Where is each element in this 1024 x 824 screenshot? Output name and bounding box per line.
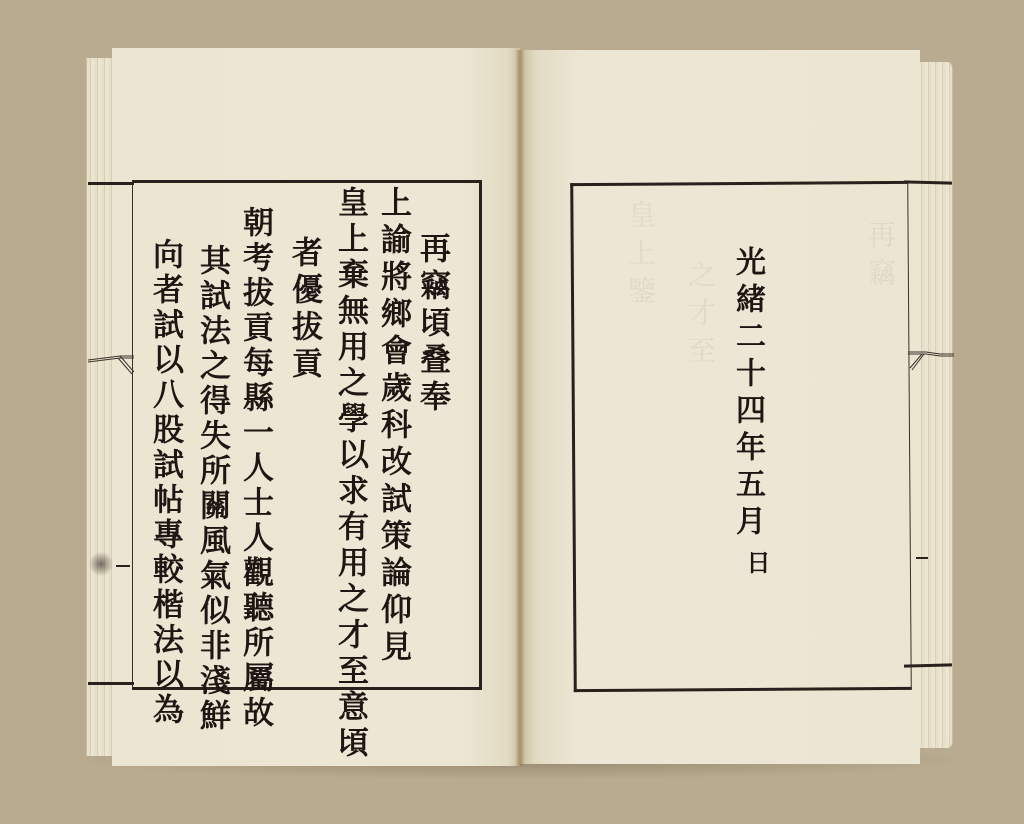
left-fold-mark-icon (86, 352, 136, 376)
date-column: 光緒二十四年五月 (728, 246, 766, 542)
left-fold-number-mark (116, 565, 130, 567)
right-page-stack-edge (918, 62, 953, 748)
text-column-7: 向者試以八股試帖專較楷法以為 (146, 238, 184, 728)
right-fold-number-mark (916, 557, 928, 559)
left-bottom-rule-extension (88, 682, 134, 685)
text-column-4: 者優拔貢 (285, 236, 323, 384)
text-column-2: 上諭將鄉會歲科改試策論仰見 (374, 186, 412, 667)
bleed-through-text: 再竊 (860, 220, 900, 296)
bleed-through-text: 之才至 (680, 260, 720, 374)
left-top-rule-extension (88, 182, 134, 185)
text-column-6: 其試法之得失所關風氣似非淺鮮 (193, 244, 231, 734)
book-gutter (515, 50, 525, 766)
text-column-1: 再竊頃叠奉 (413, 232, 451, 417)
bleed-through-text: 皇上鑒 (620, 200, 660, 314)
left-edge-stamp-mark (88, 552, 114, 576)
text-column-3: 皇上棄無用之學以求有用之才至意頃 (331, 186, 369, 762)
text-column-5: 朝考拔貢每縣一人士人觀聽所屬故 (236, 206, 274, 731)
day-label: 日 (737, 550, 775, 580)
right-fold-mark-icon (906, 348, 956, 372)
